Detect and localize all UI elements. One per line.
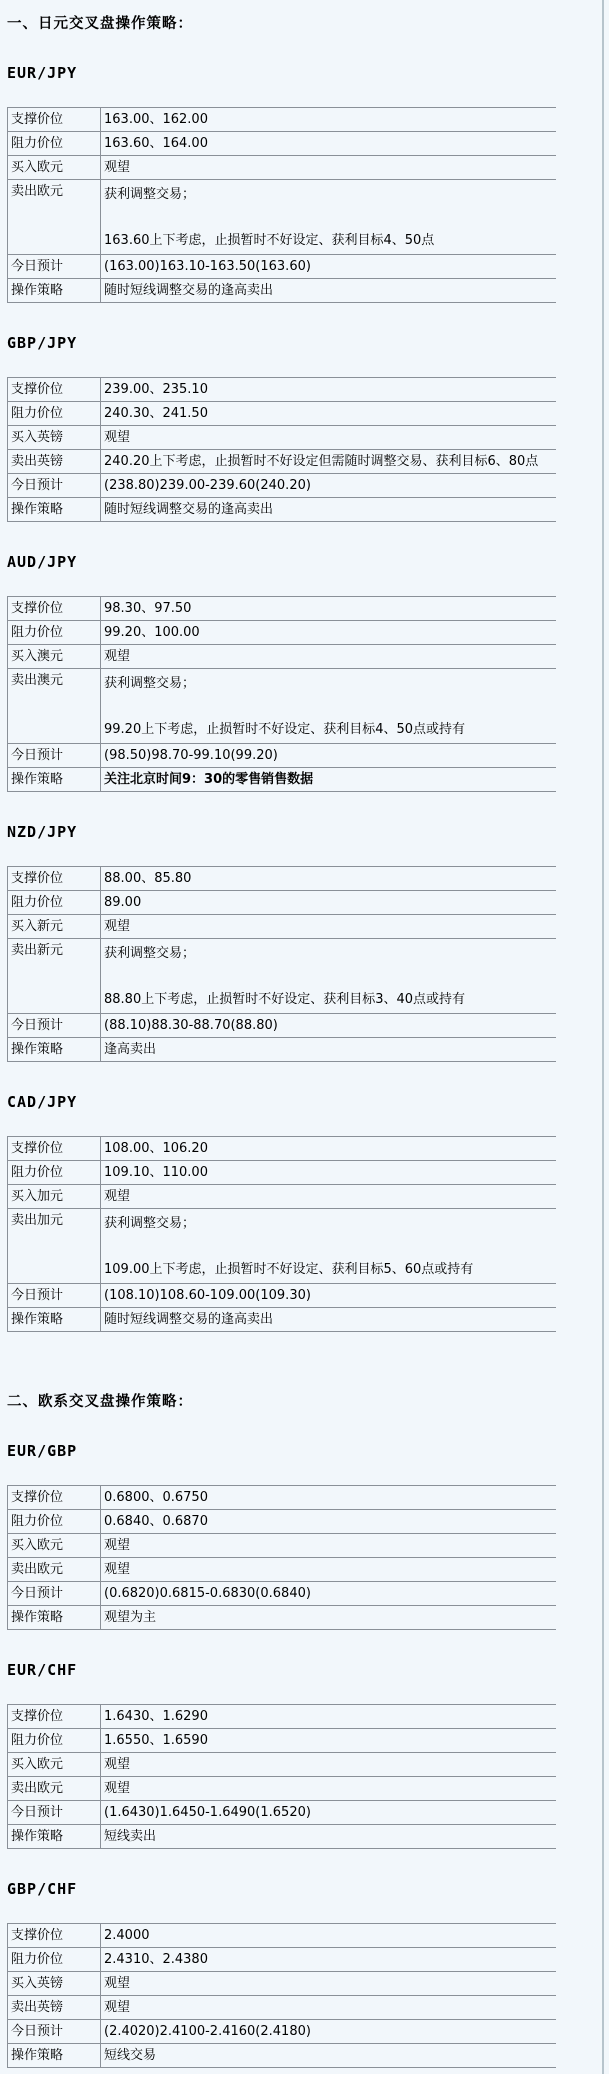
row-label: 操作策略 xyxy=(8,279,101,303)
table-row: 今日预计(98.50)98.70-99.10(99.20) xyxy=(8,744,557,768)
row-label: 今日预计 xyxy=(8,1801,101,1825)
row-label: 阻力价位 xyxy=(8,1510,101,1534)
section-title: 二、欧系交叉盘操作策略： xyxy=(7,1332,556,1411)
row-value: 获利调整交易； 99.20上下考虑，止损暂时不好设定、获利目标4、50点或持有 xyxy=(101,669,557,744)
row-value: 观望 xyxy=(101,915,557,939)
pair-heading: EUR/JPY xyxy=(7,64,556,82)
row-value: (98.50)98.70-99.10(99.20) xyxy=(101,744,557,768)
row-value: 短线交易 xyxy=(101,2044,557,2068)
table-row: 阻力价位89.00 xyxy=(8,891,557,915)
strategy-table: 支撑价位163.00、162.00阻力价位163.60、164.00买入欧元观望… xyxy=(7,107,556,303)
table-row: 买入新元观望 xyxy=(8,915,557,939)
row-value: 99.20、100.00 xyxy=(101,621,557,645)
table-row: 操作策略短线卖出 xyxy=(8,1825,557,1849)
table-row: 买入欧元观望 xyxy=(8,1753,557,1777)
row-value: 239.00、235.10 xyxy=(101,378,557,402)
report-page: 一、日元交叉盘操作策略：EUR/JPY支撑价位163.00、162.00阻力价位… xyxy=(0,0,609,2074)
table-row: 操作策略逢高卖出 xyxy=(8,1038,557,1062)
row-value: 观望 xyxy=(101,1777,557,1801)
row-value-line: 163.60上下考虑，止损暂时不好设定、获利目标4、50点 xyxy=(104,229,553,252)
row-label: 卖出加元 xyxy=(8,1209,101,1284)
row-value: 240.20上下考虑，止损暂时不好设定但需随时调整交易、获利目标6、80点 xyxy=(101,450,557,474)
row-value: 观望 xyxy=(101,1972,557,1996)
row-value-line xyxy=(104,695,553,718)
row-value-line xyxy=(104,965,553,988)
row-value: 0.6840、0.6870 xyxy=(101,1510,557,1534)
table-row: 今日预计(1.6430)1.6450-1.6490(1.6520) xyxy=(8,1801,557,1825)
row-value-line: 109.00上下考虑，止损暂时不好设定、获利目标5、60点或持有 xyxy=(104,1258,553,1281)
strategy-table: 支撑价位98.30、97.50阻力价位99.20、100.00买入澳元观望卖出澳… xyxy=(7,596,556,792)
row-label: 支撑价位 xyxy=(8,867,101,891)
pair-heading: CAD/JPY xyxy=(7,1093,556,1111)
row-value: 观望 xyxy=(101,1185,557,1209)
row-label: 买入英镑 xyxy=(8,1972,101,1996)
row-label: 阻力价位 xyxy=(8,1948,101,1972)
row-value: 1.6550、1.6590 xyxy=(101,1729,557,1753)
row-value: (1.6430)1.6450-1.6490(1.6520) xyxy=(101,1801,557,1825)
table-row: 阻力价位163.60、164.00 xyxy=(8,132,557,156)
row-value: 关注北京时间9：30的零售销售数据 xyxy=(101,768,557,792)
row-value: 观望 xyxy=(101,1558,557,1582)
row-label: 操作策略 xyxy=(8,2044,101,2068)
strategy-table: 支撑价位2.4000阻力价位2.4310、2.4380买入英镑观望卖出英镑观望今… xyxy=(7,1923,556,2068)
row-value: 观望 xyxy=(101,426,557,450)
table-row: 支撑价位108.00、106.20 xyxy=(8,1137,557,1161)
table-row: 卖出欧元观望 xyxy=(8,1777,557,1801)
row-value: 获利调整交易； 163.60上下考虑，止损暂时不好设定、获利目标4、50点 xyxy=(101,180,557,255)
table-row: 卖出澳元获利调整交易； 99.20上下考虑，止损暂时不好设定、获利目标4、50点… xyxy=(8,669,557,744)
table-row: 今日预计(0.6820)0.6815-0.6830(0.6840) xyxy=(8,1582,557,1606)
row-label: 卖出英镑 xyxy=(8,1996,101,2020)
row-label: 操作策略 xyxy=(8,768,101,792)
row-label: 今日预计 xyxy=(8,744,101,768)
row-label: 卖出欧元 xyxy=(8,180,101,255)
pair-heading: NZD/JPY xyxy=(7,823,556,841)
table-row: 卖出英镑240.20上下考虑，止损暂时不好设定但需随时调整交易、获利目标6、80… xyxy=(8,450,557,474)
row-value-line: 获利调整交易； xyxy=(104,672,553,695)
table-row: 今日预计(2.4020)2.4100-2.4160(2.4180) xyxy=(8,2020,557,2044)
row-label: 操作策略 xyxy=(8,1606,101,1630)
row-value: (238.80)239.00-239.60(240.20) xyxy=(101,474,557,498)
table-row: 支撑价位98.30、97.50 xyxy=(8,597,557,621)
table-row: 买入英镑观望 xyxy=(8,426,557,450)
pair-heading: AUD/JPY xyxy=(7,553,556,571)
row-value: (2.4020)2.4100-2.4160(2.4180) xyxy=(101,2020,557,2044)
table-row: 支撑价位0.6800、0.6750 xyxy=(8,1486,557,1510)
section-title: 一、日元交叉盘操作策略： xyxy=(7,10,556,33)
row-label: 卖出英镑 xyxy=(8,450,101,474)
row-value: 88.00、85.80 xyxy=(101,867,557,891)
table-row: 今日预计(88.10)88.30-88.70(88.80) xyxy=(8,1014,557,1038)
row-label: 卖出欧元 xyxy=(8,1777,101,1801)
row-value: (108.10)108.60-109.00(109.30) xyxy=(101,1284,557,1308)
row-label: 操作策略 xyxy=(8,1308,101,1332)
table-row: 操作策略随时短线调整交易的逢高卖出 xyxy=(8,1308,557,1332)
row-value: 短线卖出 xyxy=(101,1825,557,1849)
row-value: 获利调整交易； 109.00上下考虑，止损暂时不好设定、获利目标5、60点或持有 xyxy=(101,1209,557,1284)
row-label: 今日预计 xyxy=(8,1014,101,1038)
table-row: 阻力价位240.30、241.50 xyxy=(8,402,557,426)
row-label: 阻力价位 xyxy=(8,132,101,156)
row-label: 今日预计 xyxy=(8,2020,101,2044)
row-label: 操作策略 xyxy=(8,1825,101,1849)
table-row: 阻力价位2.4310、2.4380 xyxy=(8,1948,557,1972)
table-row: 操作策略观望为主 xyxy=(8,1606,557,1630)
table-row: 卖出英镑观望 xyxy=(8,1996,557,2020)
table-row: 买入欧元观望 xyxy=(8,1534,557,1558)
row-value: (0.6820)0.6815-0.6830(0.6840) xyxy=(101,1582,557,1606)
table-row: 阻力价位109.10、110.00 xyxy=(8,1161,557,1185)
row-label: 支撑价位 xyxy=(8,378,101,402)
table-row: 卖出欧元获利调整交易； 163.60上下考虑，止损暂时不好设定、获利目标4、50… xyxy=(8,180,557,255)
pair-heading: GBP/CHF xyxy=(7,1880,556,1898)
row-value: 获利调整交易； 88.80上下考虑，止损暂时不好设定、获利目标3、40点或持有 xyxy=(101,939,557,1014)
row-value: (163.00)163.10-163.50(163.60) xyxy=(101,255,557,279)
row-value-line: 获利调整交易； xyxy=(104,183,553,206)
row-value-line xyxy=(104,206,553,229)
row-label: 今日预计 xyxy=(8,474,101,498)
row-label: 阻力价位 xyxy=(8,621,101,645)
table-row: 支撑价位163.00、162.00 xyxy=(8,108,557,132)
row-label: 买入英镑 xyxy=(8,426,101,450)
row-label: 买入欧元 xyxy=(8,1753,101,1777)
strategy-table: 支撑价位0.6800、0.6750阻力价位0.6840、0.6870买入欧元观望… xyxy=(7,1485,556,1630)
row-value: 观望 xyxy=(101,156,557,180)
row-value: 2.4000 xyxy=(101,1924,557,1948)
row-label: 卖出澳元 xyxy=(8,669,101,744)
report-content: 一、日元交叉盘操作策略：EUR/JPY支撑价位163.00、162.00阻力价位… xyxy=(0,0,556,2074)
row-label: 卖出欧元 xyxy=(8,1558,101,1582)
row-value: 逢高卖出 xyxy=(101,1038,557,1062)
table-row: 卖出新元获利调整交易； 88.80上下考虑，止损暂时不好设定、获利目标3、40点… xyxy=(8,939,557,1014)
row-label: 操作策略 xyxy=(8,498,101,522)
row-value: 163.00、162.00 xyxy=(101,108,557,132)
row-value: 观望 xyxy=(101,645,557,669)
table-row: 支撑价位1.6430、1.6290 xyxy=(8,1705,557,1729)
row-label: 阻力价位 xyxy=(8,402,101,426)
row-value: 观望 xyxy=(101,1534,557,1558)
table-row: 今日预计(163.00)163.10-163.50(163.60) xyxy=(8,255,557,279)
row-label: 买入澳元 xyxy=(8,645,101,669)
row-value: 随时短线调整交易的逢高卖出 xyxy=(101,1308,557,1332)
row-label: 支撑价位 xyxy=(8,108,101,132)
row-label: 阻力价位 xyxy=(8,891,101,915)
strategy-table: 支撑价位239.00、235.10阻力价位240.30、241.50买入英镑观望… xyxy=(7,377,556,522)
row-label: 今日预计 xyxy=(8,1284,101,1308)
table-row: 今日预计(108.10)108.60-109.00(109.30) xyxy=(8,1284,557,1308)
table-row: 支撑价位88.00、85.80 xyxy=(8,867,557,891)
table-row: 买入澳元观望 xyxy=(8,645,557,669)
row-value: 观望 xyxy=(101,1753,557,1777)
row-value: 89.00 xyxy=(101,891,557,915)
page-right-border xyxy=(602,0,604,2074)
row-label: 买入加元 xyxy=(8,1185,101,1209)
row-value: 108.00、106.20 xyxy=(101,1137,557,1161)
row-value: 2.4310、2.4380 xyxy=(101,1948,557,1972)
row-label: 阻力价位 xyxy=(8,1161,101,1185)
row-value-line: 获利调整交易； xyxy=(104,1212,553,1235)
table-row: 支撑价位239.00、235.10 xyxy=(8,378,557,402)
table-row: 操作策略短线交易 xyxy=(8,2044,557,2068)
row-value-line: 99.20上下考虑，止损暂时不好设定、获利目标4、50点或持有 xyxy=(104,718,553,741)
row-label: 今日预计 xyxy=(8,255,101,279)
row-value: 观望 xyxy=(101,1996,557,2020)
row-value: 163.60、164.00 xyxy=(101,132,557,156)
table-row: 卖出欧元观望 xyxy=(8,1558,557,1582)
row-value: 随时短线调整交易的逢高卖出 xyxy=(101,279,557,303)
table-row: 阻力价位1.6550、1.6590 xyxy=(8,1729,557,1753)
strategy-table: 支撑价位1.6430、1.6290阻力价位1.6550、1.6590买入欧元观望… xyxy=(7,1704,556,1849)
row-value-line: 88.80上下考虑，止损暂时不好设定、获利目标3、40点或持有 xyxy=(104,988,553,1011)
row-label: 支撑价位 xyxy=(8,1137,101,1161)
table-row: 操作策略随时短线调整交易的逢高卖出 xyxy=(8,279,557,303)
row-value: 240.30、241.50 xyxy=(101,402,557,426)
pair-heading: EUR/CHF xyxy=(7,1661,556,1679)
table-row: 支撑价位2.4000 xyxy=(8,1924,557,1948)
strategy-table: 支撑价位88.00、85.80阻力价位89.00买入新元观望卖出新元获利调整交易… xyxy=(7,866,556,1062)
table-row: 卖出加元获利调整交易； 109.00上下考虑，止损暂时不好设定、获利目标5、60… xyxy=(8,1209,557,1284)
row-value: 观望为主 xyxy=(101,1606,557,1630)
table-row: 阻力价位0.6840、0.6870 xyxy=(8,1510,557,1534)
table-row: 阻力价位99.20、100.00 xyxy=(8,621,557,645)
row-label: 支撑价位 xyxy=(8,1705,101,1729)
row-value: 0.6800、0.6750 xyxy=(101,1486,557,1510)
row-value-line xyxy=(104,1235,553,1258)
row-value: 1.6430、1.6290 xyxy=(101,1705,557,1729)
row-value: 随时短线调整交易的逢高卖出 xyxy=(101,498,557,522)
row-value: (88.10)88.30-88.70(88.80) xyxy=(101,1014,557,1038)
table-row: 操作策略随时短线调整交易的逢高卖出 xyxy=(8,498,557,522)
table-row: 买入欧元观望 xyxy=(8,156,557,180)
row-label: 卖出新元 xyxy=(8,939,101,1014)
row-label: 买入欧元 xyxy=(8,1534,101,1558)
pair-heading: EUR/GBP xyxy=(7,1442,556,1460)
row-value: 109.10、110.00 xyxy=(101,1161,557,1185)
row-value: 98.30、97.50 xyxy=(101,597,557,621)
table-row: 买入英镑观望 xyxy=(8,1972,557,1996)
strategy-table: 支撑价位108.00、106.20阻力价位109.10、110.00买入加元观望… xyxy=(7,1136,556,1332)
table-row: 今日预计(238.80)239.00-239.60(240.20) xyxy=(8,474,557,498)
row-label: 支撑价位 xyxy=(8,1924,101,1948)
table-row: 买入加元观望 xyxy=(8,1185,557,1209)
row-value-line: 获利调整交易； xyxy=(104,942,553,965)
row-label: 阻力价位 xyxy=(8,1729,101,1753)
table-row: 操作策略关注北京时间9：30的零售销售数据 xyxy=(8,768,557,792)
row-label: 支撑价位 xyxy=(8,597,101,621)
row-label: 今日预计 xyxy=(8,1582,101,1606)
row-label: 买入新元 xyxy=(8,915,101,939)
row-label: 买入欧元 xyxy=(8,156,101,180)
row-label: 支撑价位 xyxy=(8,1486,101,1510)
pair-heading: GBP/JPY xyxy=(7,334,556,352)
row-label: 操作策略 xyxy=(8,1038,101,1062)
